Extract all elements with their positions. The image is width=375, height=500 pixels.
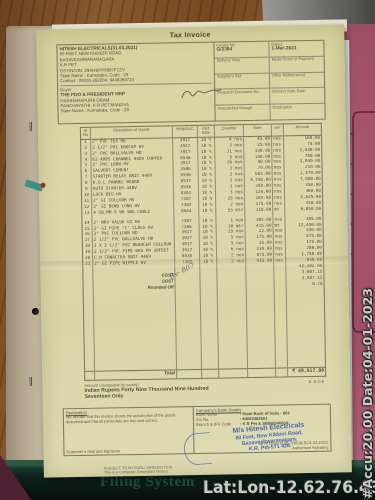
meta-row: Supplier's Ref.Other Reference(s) [215, 72, 324, 90]
meta-label: Mode/Terms of Payment [272, 57, 322, 62]
seller-buyer-block: HITESH ELECTRICALS(31.03.2021)80 FEET, N… [57, 43, 215, 124]
punch-hole [32, 308, 39, 315]
declaration-cell: Declaration We declare that this invoice… [64, 407, 195, 455]
meta-cell: Delivery Note [215, 57, 269, 73]
column-header: Rate [244, 125, 272, 137]
total-cell: ₹ 49,917.00 [288, 367, 325, 377]
total-cell [219, 368, 248, 378]
gps-accuracy-date-overlay: *#Accu:20.00 Date:04-01-2023 [360, 288, 375, 500]
table-cell [201, 289, 219, 369]
gps-latlon-overlay: Lat:Lon-12.62.76.43 [203, 478, 375, 497]
meta-label: Delivery Note Date [272, 89, 322, 94]
bank-details-cell: Company's Bank Details Bank Name: State … [194, 405, 331, 453]
bank-rows: Bank Name: State Bank of India - 604A/c … [196, 411, 328, 428]
authorised-signatory-label: Authorised Signatory [196, 445, 328, 452]
eoe-label: E. & O.E [309, 379, 325, 384]
total-cell [248, 368, 276, 377]
seller-address: HITESH ELECTRICALS(31.03.2021)80 FEET, N… [59, 44, 212, 84]
meta-label: Other Reference(s) [272, 73, 322, 78]
bank-row: Branch & IFS Code: K R Pet & SBIN0040604 [196, 421, 328, 428]
meta-cell: Invoice No.G/2384 [214, 42, 268, 58]
meta-cell: Mode/Terms of Payment [269, 57, 324, 73]
meta-cell: Destination [269, 104, 324, 120]
column-header: Sl No [81, 128, 91, 140]
meta-label: Supplier's Ref. [217, 74, 267, 79]
amount-words-section: Amount Chargeable (in words) E. & O.E In… [84, 379, 324, 401]
invoice-footer: SUBJECT TO MYSURU JURISDICTION This is a… [104, 462, 352, 474]
total-cell [276, 367, 288, 376]
total-cell [177, 369, 202, 378]
meta-label: Destination [272, 104, 322, 109]
table-cell [218, 289, 248, 369]
declaration-bank-box: Declaration We declare that this invoice… [63, 404, 332, 457]
meta-row: Delivery NoteMode/Terms of Payment [215, 57, 324, 75]
table-cell [247, 288, 276, 368]
meta-row: Despatch Document No.Delivery Note Date [215, 88, 324, 106]
bank-label: Branch & IFS Code [196, 422, 240, 428]
meta-cell: Supplier's Ref. [215, 73, 269, 89]
meta-value: G/2384 [216, 47, 266, 53]
meta-value: 1-Mar-2021 [271, 46, 321, 52]
meta-label: Despatched through [217, 105, 267, 110]
photo-of-invoice: Filing System Tax Invoice HITESH ELECTRI… [0, 0, 375, 500]
table-cell [94, 290, 177, 371]
meta-cell: Delivery Note Date [269, 88, 324, 104]
meta-row: Invoice No.G/2384Dated1-Mar-2021 [214, 41, 323, 59]
meta-cell: Despatched through [215, 105, 269, 121]
invoice-sheet: Tax Invoice HITESH ELECTRICALS(31.03.202… [36, 24, 352, 477]
invoice-header-box: HITESH ELECTRICALS(31.03.2021)80 FEET, N… [56, 40, 325, 125]
invoice-meta-grid: Invoice No.G/2384Dated1-Mar-2021Delivery… [214, 41, 324, 121]
staple [29, 377, 31, 386]
staple [29, 122, 31, 131]
column-header: HSN/SAC [173, 126, 198, 138]
meta-row: Despatched throughDestination [215, 104, 324, 121]
meta-cell: Other Reference(s) [269, 72, 324, 88]
column-header: Amount [284, 124, 321, 136]
folder-label: Filing System [100, 474, 195, 491]
column-header: GST Rate [198, 126, 215, 138]
total-cell [202, 369, 219, 378]
total-cell: Total [95, 369, 177, 379]
bank-value: : K R Pet & SBIN0040604 [240, 421, 288, 427]
column-header: Quantity [215, 125, 244, 137]
items-table: Sl NoDescription of GoodsHSN/SACGST Rate… [80, 123, 326, 381]
table-cell [287, 287, 325, 367]
declaration-text: We declare that this invoice shows the a… [66, 413, 191, 424]
meta-cell: Dated1-Mar-2021 [268, 41, 323, 57]
meta-label: Delivery Note [217, 58, 267, 63]
table-cell [176, 289, 202, 369]
total-cell [85, 371, 95, 380]
column-header: per [272, 124, 284, 136]
customer-seal-label: Customer's Seal and Signature [66, 447, 191, 454]
meta-label: Despatch Document No. [217, 90, 267, 95]
